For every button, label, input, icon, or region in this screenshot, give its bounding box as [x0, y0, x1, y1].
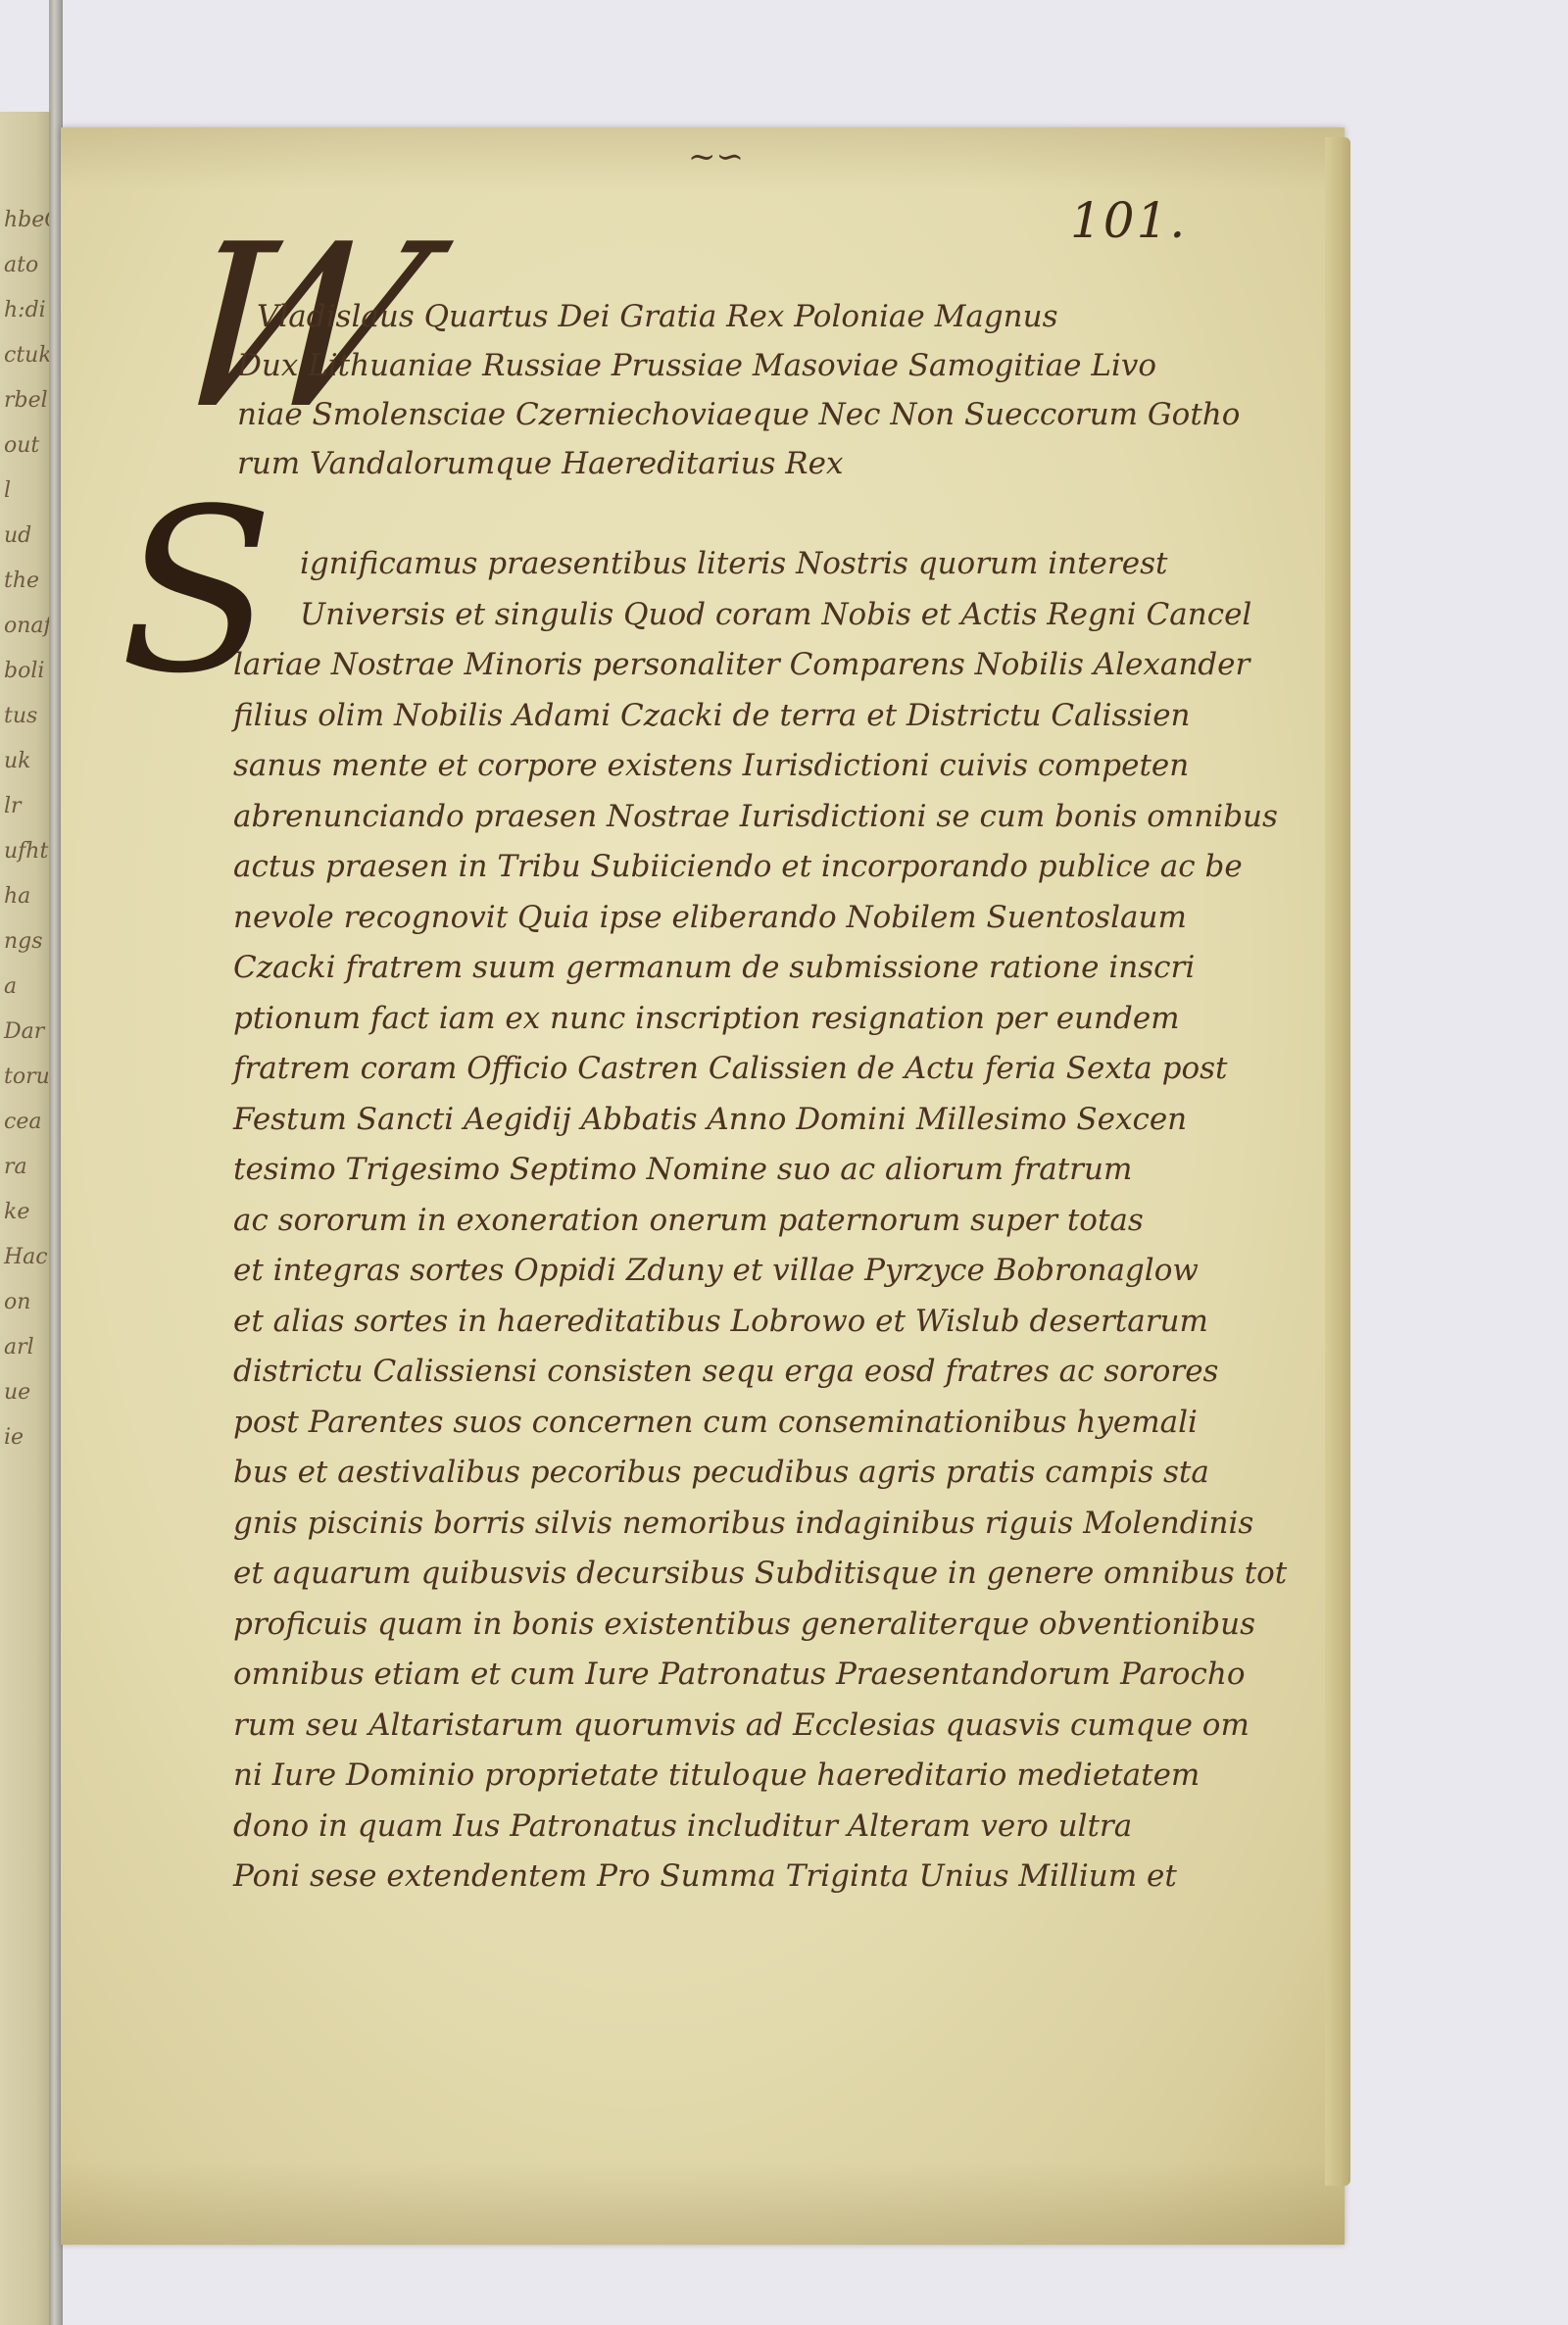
body-line: ni Iure Dominio proprietate tituloque ha… [233, 1751, 1287, 1802]
margin-fragment: the [4, 570, 51, 592]
document-body: ignificamus praesentibus literis Nostris… [233, 539, 1287, 1903]
body-line: ac sororum in exoneration onerum paterno… [233, 1196, 1287, 1247]
body-line: lariae Nostrae Minoris personaliter Comp… [233, 640, 1287, 691]
body-line: fratrem coram Officio Castren Calissien … [233, 1044, 1287, 1095]
margin-fragment: lr [4, 796, 51, 817]
body-line: proficuis quam in bonis existentibus gen… [233, 1600, 1287, 1651]
margin-fragment: torue [4, 1066, 51, 1088]
top-ornament: ~∽ [688, 137, 744, 176]
margin-fragment: cea [4, 1112, 51, 1133]
margin-fragment: ctuk [4, 345, 51, 367]
body-line: Universis et singulis Quod coram Nobis e… [233, 590, 1287, 641]
margin-fragment: tus [4, 706, 51, 727]
margin-fragment: on [4, 1292, 51, 1313]
heading-line: niae Smolensciae Czerniechoviaeque Nec N… [237, 390, 1240, 439]
facing-page-fragment: hbeC ato h:di ctuk rbel out l ud the ona… [0, 112, 51, 2325]
margin-fragment: ufht [4, 841, 51, 863]
folio-number: 101. [1070, 192, 1187, 249]
margin-fragment: ato [4, 255, 51, 276]
body-line: ptionum fact iam ex nunc inscription res… [233, 994, 1287, 1045]
margin-fragment: ngs [4, 931, 51, 953]
heading-line: rum Vandalorumque Haereditarius Rex [237, 439, 1240, 488]
margin-fragment: l [4, 480, 51, 502]
margin-fragment: ud [4, 525, 51, 547]
body-line: dono in quam Ius Patronatus includitur A… [233, 1802, 1287, 1853]
margin-fragment: ra [4, 1157, 51, 1178]
manuscript-page: ~∽ 101. W Vladislaus Quartus Dei Gratia … [61, 127, 1345, 2245]
margin-fragment: out [4, 435, 51, 457]
margin-fragment: hbeC [4, 210, 51, 231]
royal-intitulatio: Vladislaus Quartus Dei Gratia Rex Poloni… [237, 292, 1240, 488]
body-line: abrenunciando praesen Nostrae Iurisdicti… [233, 792, 1287, 843]
body-line: et alias sortes in haereditatibus Lobrow… [233, 1297, 1287, 1348]
body-line: actus praesen in Tribu Subiiciendo et in… [233, 842, 1287, 893]
body-line: filius olim Nobilis Adami Czacki de terr… [233, 691, 1287, 742]
margin-fragment: Dar [4, 1021, 51, 1043]
heading-line: Dux Lithuaniae Russiae Prussiae Masoviae… [237, 341, 1240, 390]
body-line: districtu Calissiensi consisten sequ erg… [233, 1347, 1287, 1398]
body-line: et aquarum quibusvis decursibus Subditis… [233, 1549, 1287, 1600]
body-line: sanus mente et corpore existens Iurisdic… [233, 741, 1287, 792]
margin-fragment: h:di [4, 300, 51, 322]
body-line: omnibus etiam et cum Iure Patronatus Pra… [233, 1650, 1287, 1701]
margin-fragment: rbel [4, 390, 51, 412]
body-line: gnis piscinis borris silvis nemoribus in… [233, 1499, 1287, 1550]
body-line: Festum Sancti Aegidij Abbatis Anno Domin… [233, 1095, 1287, 1146]
body-line: bus et aestivalibus pecoribus pecudibus … [233, 1448, 1287, 1499]
margin-fragment: ke [4, 1202, 51, 1223]
body-line: ignificamus praesentibus literis Nostris… [233, 539, 1287, 590]
body-line: Czacki fratrem suum germanum de submissi… [233, 943, 1287, 994]
body-line: nevole recognovit Quia ipse eliberando N… [233, 893, 1287, 944]
body-line: et integras sortes Oppidi Zduny et villa… [233, 1246, 1287, 1297]
margin-fragment: a [4, 976, 51, 998]
margin-fragment: onaf [4, 616, 51, 637]
margin-fragment: Hac [4, 1247, 51, 1268]
heading-line: Vladislaus Quartus Dei Gratia Rex Poloni… [237, 292, 1240, 341]
body-line: tesimo Trigesimo Septimo Nomine suo ac a… [233, 1145, 1287, 1196]
margin-fragment: boli [4, 661, 51, 682]
margin-fragment: uk [4, 751, 51, 772]
margin-fragment: ha [4, 886, 51, 908]
body-line: Poni sese extendentem Pro Summa Triginta… [233, 1852, 1287, 1903]
facing-page-margin-text: hbeC ato h:di ctuk rbel out l ud the ona… [0, 112, 51, 1449]
margin-fragment: ue [4, 1382, 51, 1404]
page-edge-deckle [1325, 137, 1350, 2186]
margin-fragment: arl [4, 1337, 51, 1359]
margin-fragment: ie [4, 1427, 51, 1449]
body-line: post Parentes suos concernen cum consemi… [233, 1398, 1287, 1449]
body-line: rum seu Altaristarum quorumvis ad Eccles… [233, 1701, 1287, 1752]
